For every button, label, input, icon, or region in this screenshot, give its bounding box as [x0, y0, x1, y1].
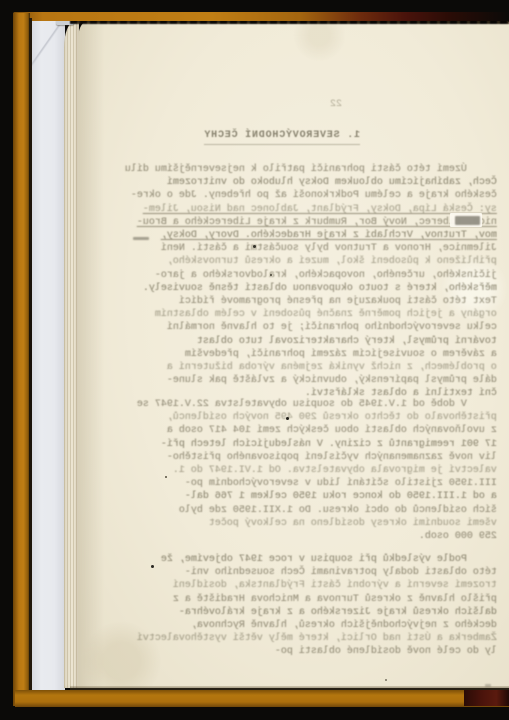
bleedthrough-text-line: dále průmysl papírenský, obuvnický a zvl…	[167, 374, 497, 387]
bleedthrough-text-line: přihlíženo k působení škol, muzeí a okre…	[167, 255, 497, 268]
photo-background: { "scene": { "colors": { "background_bla…	[0, 0, 509, 720]
book-cover-top-edge	[13, 12, 509, 21]
book-cover-bottom-edge	[15, 690, 509, 707]
flyleaf-page	[32, 21, 65, 690]
bleedthrough-text-line: Území této části pohraničí patřilo k nej…	[125, 163, 497, 176]
bleedthrough-text-line: 17 901 reemigrantů z ciziny. V následují…	[161, 438, 497, 451]
bleedthrough-text-line: Jilemnice, Hronov a Trutnov byly součást…	[161, 242, 497, 255]
bleedthrough-text-line: měřského, které s touto okupovanou oblas…	[143, 282, 497, 295]
page-edge-stack	[64, 22, 79, 688]
bleedthrough-text-line: a od 1.III.1950 do konce roku 1950 celke…	[185, 490, 497, 503]
bleedthrough-text-line: Podle výsledků při soupisu v roce 1947 o…	[161, 553, 497, 566]
bleedthrough-text-line: Text této části poukazuje na přesné prog…	[179, 295, 497, 308]
book-cover-left-edge	[13, 13, 30, 706]
book-page: 22 1. SEVEROVÝCHODNÍ ČECHY Území této čá…	[78, 22, 509, 688]
whiteout-patch	[450, 213, 482, 227]
bleedthrough-text-line: tovární průmysl, který charakterizoval t…	[197, 335, 497, 348]
ink-speck	[165, 476, 167, 478]
bleedthrough-text-line: jičínského, určeného, novopackého, kralo…	[155, 269, 497, 282]
bleedthrough-text-line: dalších okresů kraje Jizerského a z kraj…	[179, 606, 497, 619]
cover-gutter-seam	[29, 18, 32, 694]
bleedthrough-text-line: orgány a jejich poměrně značné působení …	[155, 308, 497, 321]
bleedthrough-text-line: mov, Trutnov, Vrchlabí z kraje Hradeckéh…	[161, 229, 497, 242]
bleedthrough-text-line: přišlo hlavně z okresů Turnova a Mnichov…	[173, 593, 497, 606]
bleedthrough-text-line: celku severovýchodního pohraničí; je to …	[167, 321, 497, 334]
bleedthrough-text-line: III.1950 zjistilo sčítání lidu v severov…	[185, 477, 497, 490]
bleedthrough-text-line: ly do celé nově dosídlené oblasti po-	[275, 645, 497, 658]
bleedthrough-text-layer: 22 1. SEVEROVÝCHODNÍ ČECHY Území této čá…	[78, 22, 509, 688]
bleedthrough-text-line: liv nově zaznamenaných vyčíslení popisov…	[167, 451, 497, 464]
bleedthrough-text-line: všemi soudními okresy dosídleno na celko…	[209, 517, 497, 530]
bleedthrough-text-line: a závěrem o souvisejícím zázemí pohranič…	[185, 348, 497, 361]
bleedthrough-text-line: sy: Česká Lípa, Doksy, Frýdlant, Jablone…	[143, 203, 497, 216]
bleedthrough-text-line: českého kraje a celému Podkrkonoší až po…	[131, 189, 497, 202]
bleedthrough-page-number: 22	[330, 99, 342, 110]
bleedthrough-text-line: ční textilní a oblast sklářství.	[305, 387, 497, 400]
ink-speck	[253, 245, 256, 248]
ink-speck	[286, 417, 289, 420]
page-marks-layer	[78, 22, 509, 688]
bleedthrough-text-line: přistěhovalo do těchto okresů 290 495 no…	[167, 411, 497, 424]
bleedthrough-text-line: této oblasti dodaly potravinami Čech sou…	[185, 566, 497, 579]
pen-dash-mark	[133, 237, 149, 240]
bleedthrough-text-line: o problémech, z nichž vyniká zejména výr…	[167, 361, 497, 374]
bleedthrough-heading: 1. SEVEROVÝCHODNÍ ČECHY	[204, 130, 360, 145]
spine-maroon-patch	[464, 690, 509, 706]
overtyped-blotch	[455, 216, 480, 225]
bleedthrough-text-line: z uvolňovaných oblastí obou českých zemí…	[167, 424, 497, 437]
bleedthrough-text-line: Čech, zabíhajícímu obloukem Doksy hlubok…	[167, 176, 497, 189]
bleedthrough-text-line: 259 000 osob.	[419, 530, 497, 543]
ink-speck	[270, 274, 272, 276]
ink-speck	[385, 679, 387, 681]
bleedthrough-text-line: deckého z nejvýchodnějších okresů, hlavn…	[191, 619, 497, 632]
bleedthrough-text-line: nice, Liberec, Nový Bor, Rumburk z kraje…	[137, 216, 497, 229]
bleedthrough-text-line: trozemí severní a výrobní části Frýdlant…	[173, 579, 497, 592]
bleedthrough-text-line: Žamberka a Ústí nad Orlicí, které měly v…	[137, 632, 497, 645]
bleedthrough-text-line: valectví je migrovala obyvatelstva. Od 1…	[173, 464, 497, 477]
bleedthrough-text-line: V době od 1.V.1945 do soupisu obyvatelst…	[137, 398, 497, 411]
bleedthrough-text-line: ších osídlenců do obcí okresu. Do 1.XII.…	[179, 504, 497, 517]
ink-speck	[151, 565, 154, 568]
